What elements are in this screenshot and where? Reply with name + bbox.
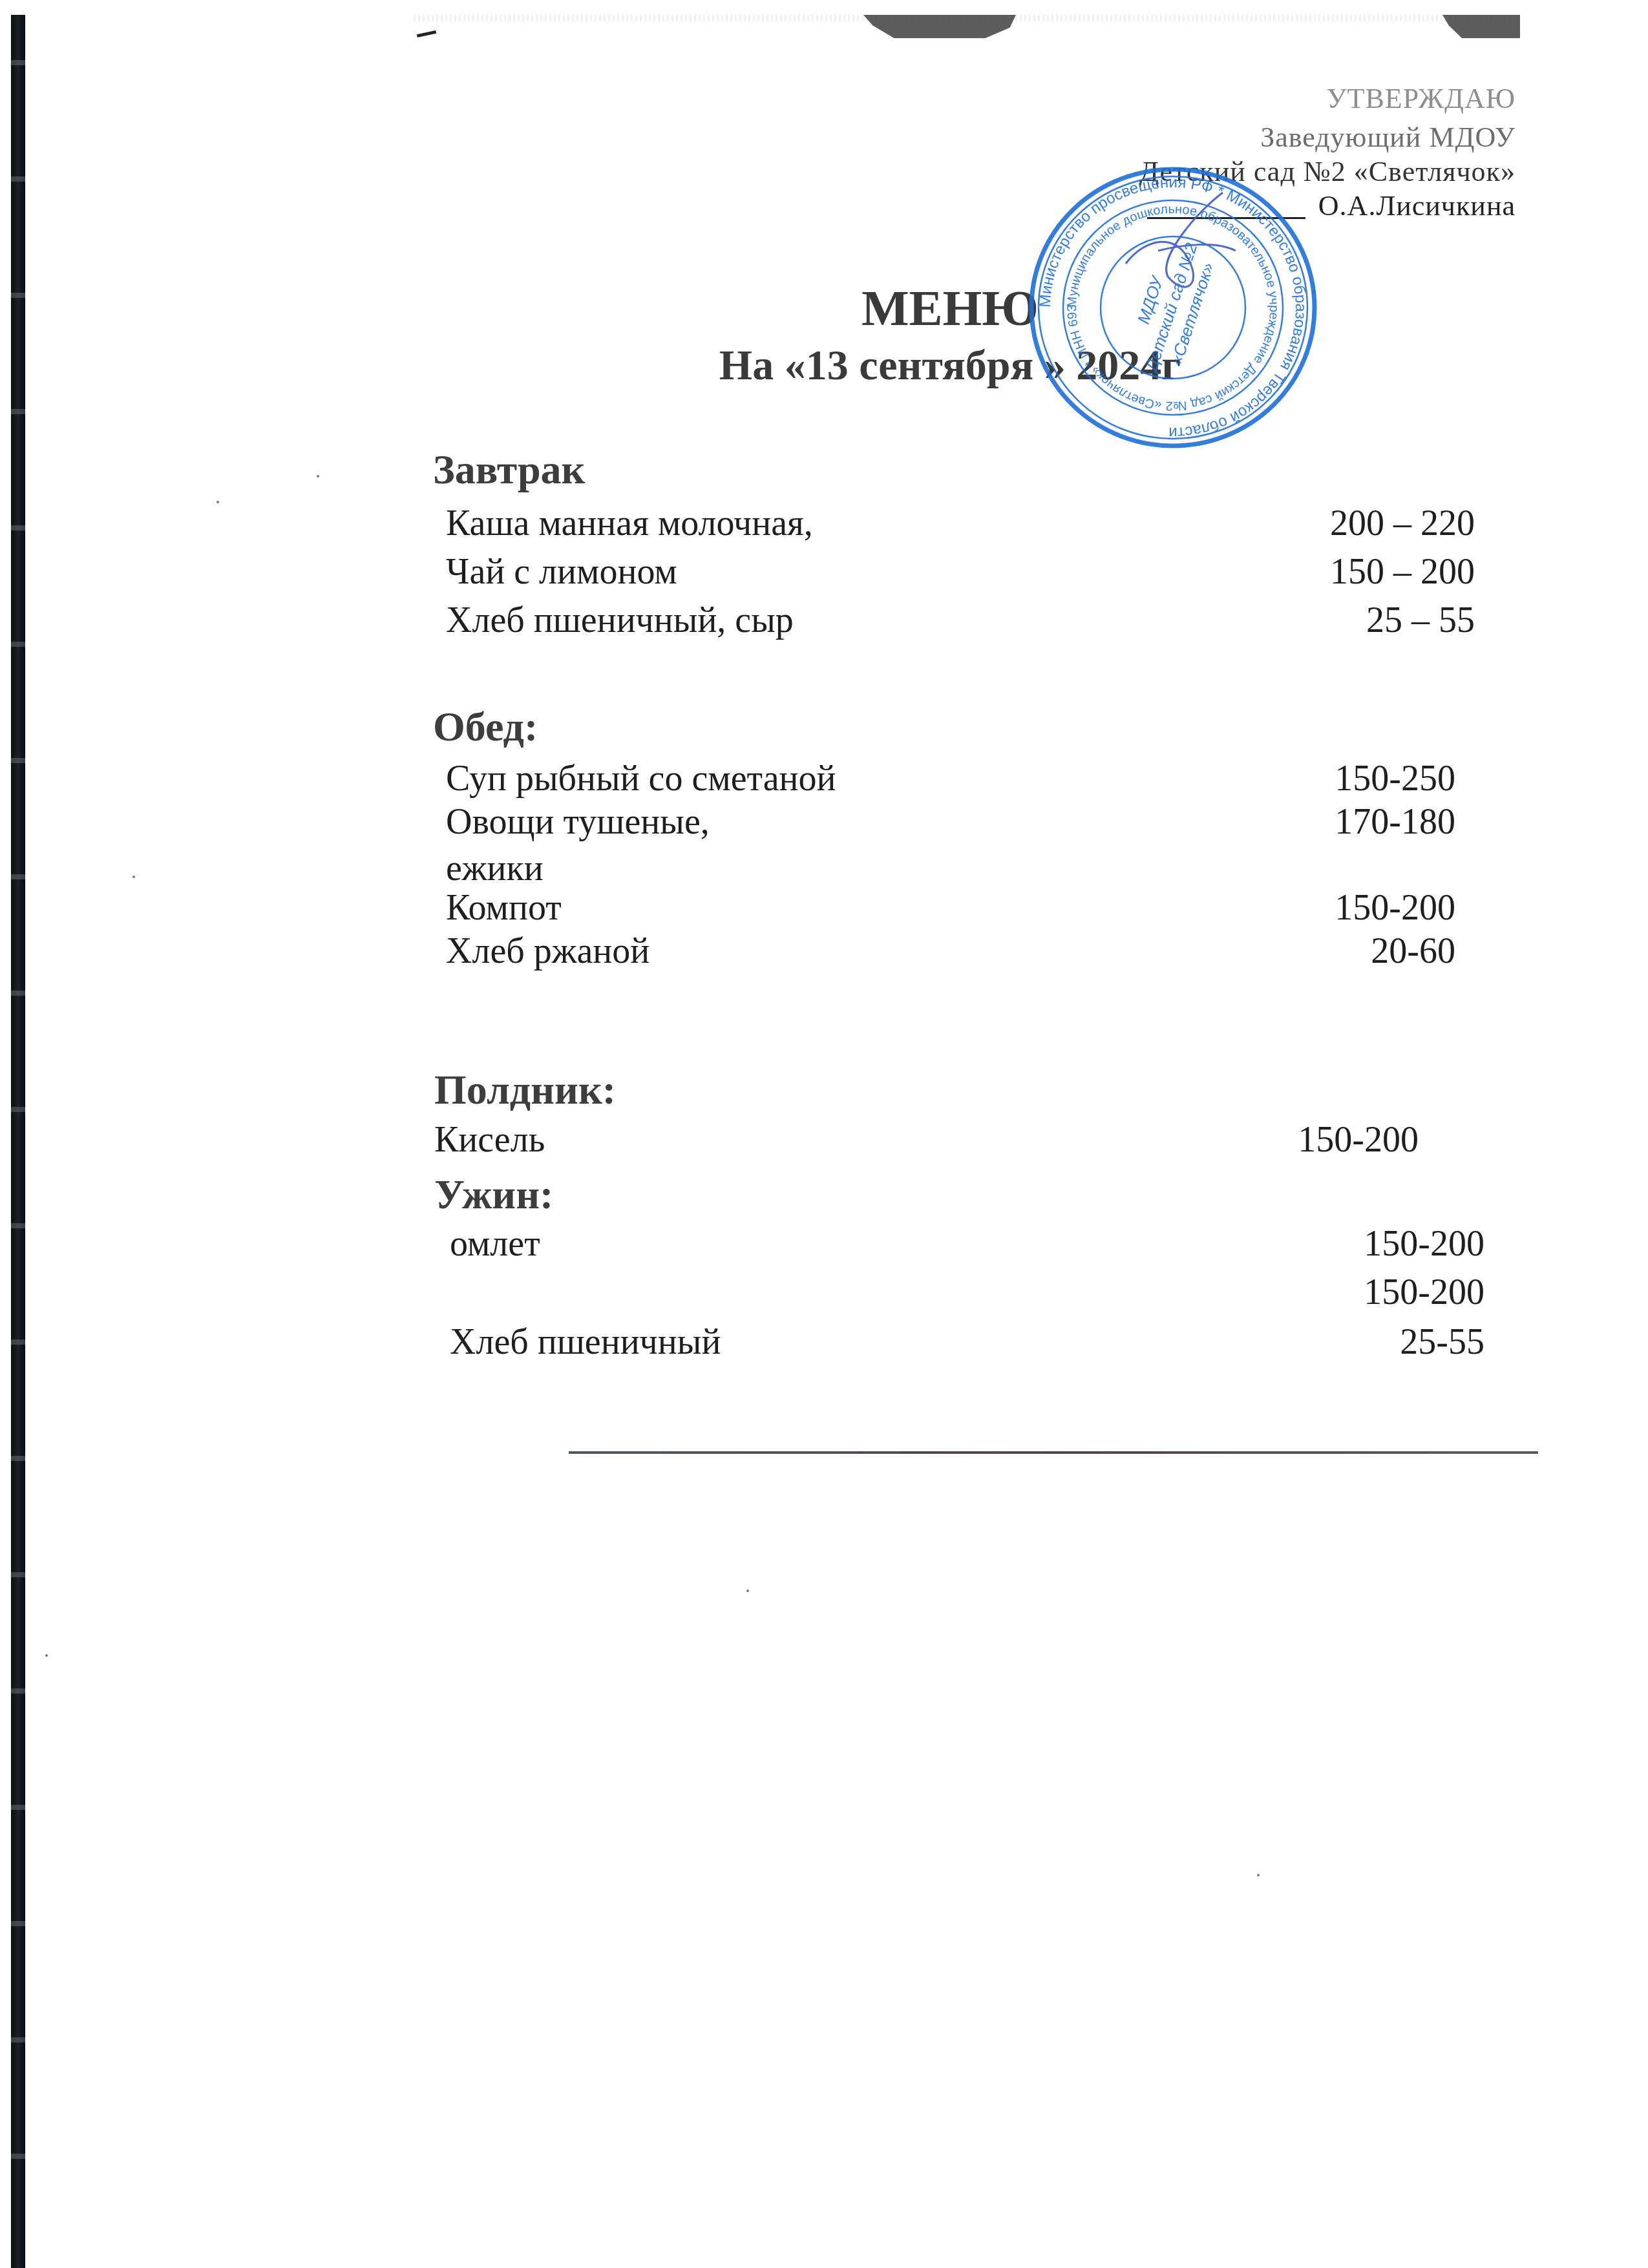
menu-item-name: Хлеб ржаной (446, 930, 650, 972)
menu-item-name: Каша манная молочная, (446, 503, 813, 544)
scan-edge-shadow (11, 15, 25, 2268)
bottom-rule (569, 1451, 1538, 1454)
menu-item-name: Кисель (434, 1119, 545, 1160)
menu-item-name: Овощи тушеные, (446, 801, 710, 843)
menu-item-portion: 150-200 (1335, 887, 1455, 929)
menu-item-name: ежики (446, 848, 544, 889)
scan-speck (45, 1654, 48, 1657)
section-heading: Завтрак (433, 446, 585, 494)
menu-item-name: Хлеб пшеничный, сыр (446, 600, 794, 641)
menu-item-portion: 150-200 (1364, 1223, 1484, 1265)
page-title: МЕНЮ (126, 279, 1648, 337)
section-heading: Ужин: (434, 1171, 553, 1219)
approval-position: Заведующий МДОУ (1260, 121, 1516, 154)
signature-line (1147, 217, 1305, 219)
scan-speck (1257, 1874, 1260, 1876)
approval-title: УТВЕРЖДАЮ (1326, 82, 1516, 115)
menu-item-portion: 150-200 (1364, 1272, 1484, 1313)
menu-date: На «13 сентября » 2024г (126, 341, 1648, 390)
menu-item-portion: 25-55 (1400, 1321, 1484, 1363)
menu-item-name: Хлеб пшеничный (450, 1321, 721, 1363)
menu-item-portion: 25 – 55 (1366, 600, 1475, 641)
scan-speck (746, 1590, 749, 1592)
scan-top-blob (1442, 15, 1520, 38)
menu-item-name: Компот (446, 887, 562, 929)
section-heading: Полдник: (434, 1066, 616, 1114)
scan-speck (132, 876, 135, 878)
menu-item-portion: 170-180 (1335, 801, 1455, 843)
menu-item-name: омлет (450, 1223, 540, 1265)
scan-speck (317, 475, 319, 478)
section-heading: Обед: (433, 703, 538, 751)
menu-item-portion: 150-200 (1298, 1119, 1419, 1160)
scan-mark (417, 30, 436, 37)
scan-top-blob (863, 15, 1016, 38)
approval-signatory: О.А.Лисичкина (1318, 189, 1516, 222)
menu-item-portion: 150 – 200 (1330, 551, 1475, 593)
menu-item-portion: 150-250 (1335, 758, 1455, 799)
menu-item-name: Чай с лимоном (446, 551, 677, 593)
menu-item-name: Суп рыбный со сметаной (446, 758, 836, 799)
menu-item-portion: 20-60 (1371, 930, 1455, 972)
menu-item-portion: 200 – 220 (1330, 503, 1475, 544)
approval-organization: Детский сад №2 «Светлячок» (1139, 155, 1516, 188)
scan-speck (217, 501, 219, 503)
